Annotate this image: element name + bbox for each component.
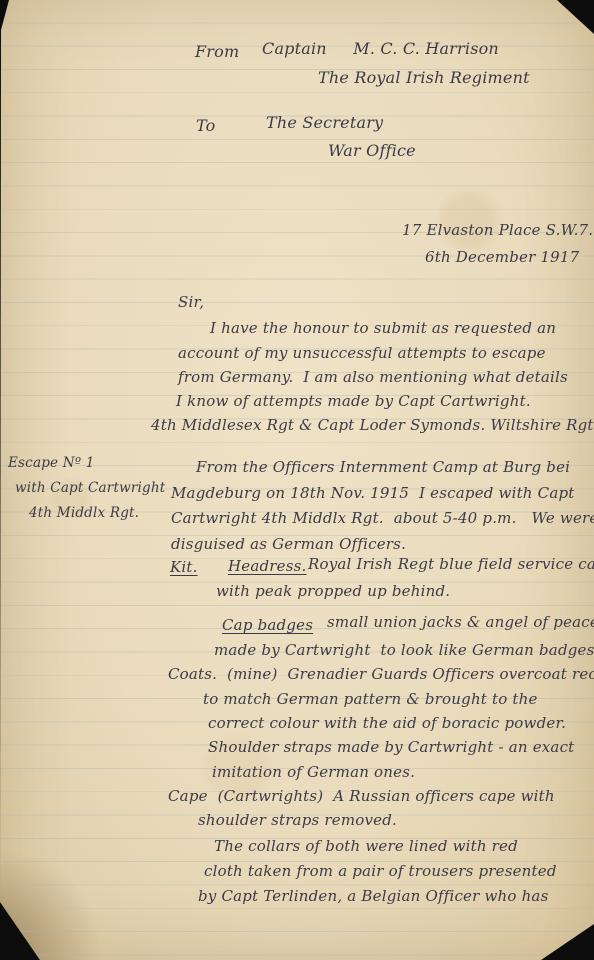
body-line: From the Officers Internment Camp at Bur… [196,460,570,475]
body-line: from Germany. I am also mentioning what … [178,370,568,385]
body-line: Coats. (mine) Grenadier Guards Officers … [168,667,594,682]
body-line: imitation of German ones. [212,765,415,780]
address-line: 17 Elvaston Place S.W.7. [402,223,593,238]
body-line: I know of attempts made by Capt Cartwrig… [176,394,531,409]
cap-badges-label: Cap badges [222,618,313,633]
margin-note-line: with Capt Cartwright [15,482,165,496]
body-line: disguised as German Officers. [171,537,406,552]
margin-note-line: Escape Nº 1 [8,457,95,471]
body-line: cloth taken from a pair of trousers pres… [204,864,557,879]
body-line: Magdeburg on 18th Nov. 1915 I escaped wi… [171,486,575,501]
margin-note-line: 4th Middlx Rgt. [29,507,139,521]
body-line: made by Cartwright to look like German b… [214,643,594,658]
body-line: Royal Irish Regt blue field service caps [308,557,594,572]
body-line: correct colour with the aid of boracic p… [208,716,566,731]
from-label: From [195,44,239,60]
regiment-line: The Royal Irish Regiment [318,70,530,86]
letter-paper: From Captain M. C. C. Harrison The Royal… [0,0,594,960]
body-line: account of my unsuccessful attempts to e… [178,346,546,361]
to-office: War Office [328,143,416,159]
salutation: Sir, [178,295,204,310]
body-line: Cape (Cartwrights) A Russian officers ca… [168,789,555,804]
body-line: small union jacks & angel of peace [327,615,594,630]
date-line: 6th December 1917 [425,250,579,265]
body-line: Cartwright 4th Middlx Rgt. about 5-40 p.… [171,511,594,526]
body-line: shoulder straps removed. [198,813,397,828]
kit-label: Kit. [170,560,198,575]
body-line: Shoulder straps made by Cartwright - an … [208,740,574,755]
to-label: To [196,118,215,134]
body-line: The collars of both were lined with red [214,839,518,854]
scanned-letter: From Captain M. C. C. Harrison The Royal… [0,0,594,960]
from-name: Captain M. C. C. Harrison [262,41,499,57]
body-line: I have the honour to submit as requested… [210,321,556,336]
body-line: 4th Middlesex Rgt & Capt Loder Symonds. … [151,418,594,433]
body-line: by Capt Terlinden, a Belgian Officer who… [198,889,548,904]
to-name: The Secretary [266,115,383,131]
body-line: with peak propped up behind. [216,584,450,599]
body-line: to match German pattern & brought to the [203,692,538,707]
headdress-label: Headress. [228,559,307,574]
